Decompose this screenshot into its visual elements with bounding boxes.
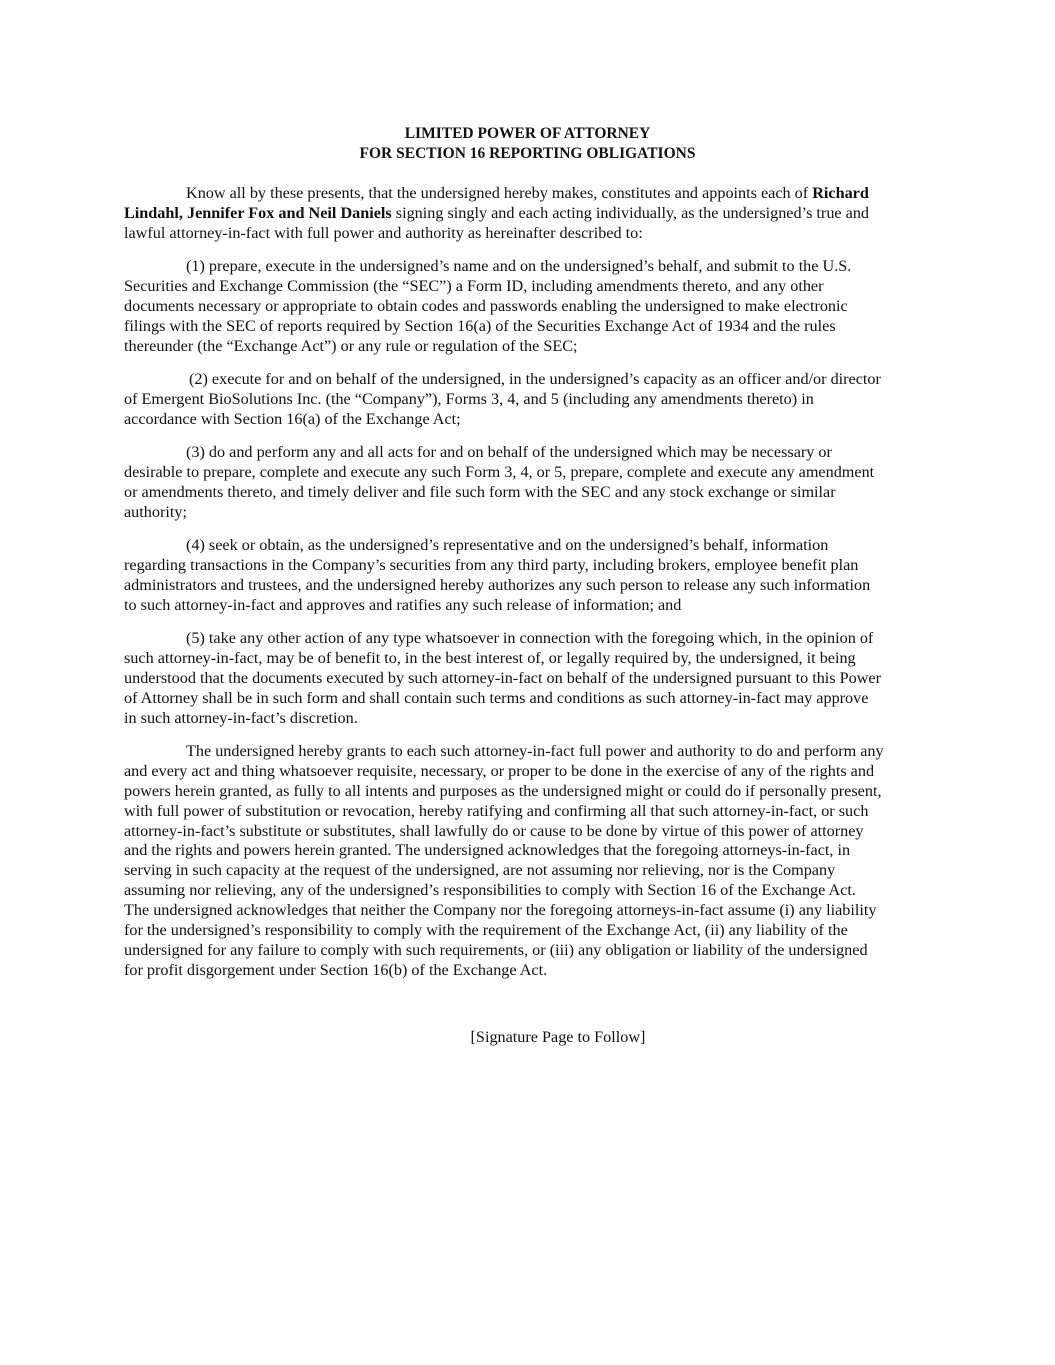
grant-line: The undersigned acknowledges that neithe…: [124, 901, 974, 921]
clause-line: authority;: [124, 503, 974, 523]
clause-4: (4) seek or obtain, as the undersigned’s…: [124, 536, 974, 616]
clause-line: desirable to prepare, complete and execu…: [124, 463, 974, 483]
intro-line: Know all by these presents, that the und…: [124, 184, 974, 204]
title-line-1: LIMITED POWER OF ATTORNEY: [0, 124, 1055, 144]
clause-line: Securities and Exchange Commission (the …: [124, 277, 974, 297]
clause-5: (5) take any other action of any type wh…: [124, 629, 974, 728]
clause-line: (5) take any other action of any type wh…: [124, 629, 974, 649]
grant-line: and the rights and powers herein granted…: [124, 841, 974, 861]
grant-line: with full power of substitution or revoc…: [124, 802, 974, 822]
grant-line: attorney-in-fact’s substitute or substit…: [124, 822, 974, 842]
clause-line: of Emergent BioSolutions Inc. (the “Comp…: [124, 390, 974, 410]
clause-line: (3) do and perform any and all acts for …: [124, 443, 974, 463]
clause-1: (1) prepare, execute in the undersigned’…: [124, 257, 974, 356]
grant-paragraph: The undersigned hereby grants to each su…: [124, 742, 974, 981]
signature-page-note: [Signature Page to Follow]: [0, 1027, 1055, 1047]
clause-3: (3) do and perform any and all acts for …: [124, 443, 974, 523]
clause-line: or amendments thereto, and timely delive…: [124, 483, 974, 503]
clause-line: (4) seek or obtain, as the undersigned’s…: [124, 536, 974, 556]
document-title: LIMITED POWER OF ATTORNEY FOR SECTION 16…: [0, 124, 1055, 164]
intro-paragraph: Know all by these presents, that the und…: [124, 184, 974, 244]
grant-line: and every act and thing whatsoever requi…: [124, 762, 974, 782]
grant-line: assuming nor relieving, any of the under…: [124, 881, 974, 901]
clause-line: to such attorney-in-fact and approves an…: [124, 596, 974, 616]
grant-line: The undersigned hereby grants to each su…: [124, 742, 974, 762]
attorney-names: Lindahl, Jennifer Fox and Neil Daniels: [124, 204, 392, 222]
clause-line: filings with the SEC of reports required…: [124, 317, 974, 337]
grant-line: powers herein granted, as fully to all i…: [124, 782, 974, 802]
clause-2: (2) execute for and on behalf of the und…: [124, 370, 974, 430]
clause-line: thereunder (the “Exchange Act”) or any r…: [124, 337, 974, 357]
clause-line: understood that the documents executed b…: [124, 669, 974, 689]
clause-line: in such attorney-in-fact’s discretion.: [124, 709, 974, 729]
clause-line: (1) prepare, execute in the undersigned’…: [124, 257, 974, 277]
grant-line: undersigned for any failure to comply wi…: [124, 941, 974, 961]
grant-line: serving in such capacity at the request …: [124, 861, 974, 881]
grant-line: for the undersigned’s responsibility to …: [124, 921, 974, 941]
title-line-2: FOR SECTION 16 REPORTING OBLIGATIONS: [0, 144, 1055, 164]
grant-line: for profit disgorgement under Section 16…: [124, 961, 974, 981]
attorney-names: Richard: [812, 184, 869, 202]
clause-line: of Attorney shall be in such form and sh…: [124, 689, 974, 709]
clause-line: such attorney-in-fact, may be of benefit…: [124, 649, 974, 669]
intro-text: signing singly and each acting individua…: [392, 204, 869, 222]
clause-line: regarding transactions in the Company’s …: [124, 556, 974, 576]
clause-line: documents necessary or appropriate to ob…: [124, 297, 974, 317]
intro-line: lawful attorney-in-fact with full power …: [124, 224, 974, 244]
clause-line: accordance with Section 16(a) of the Exc…: [124, 410, 974, 430]
intro-text: Know all by these presents, that the und…: [186, 184, 812, 202]
intro-line: Lindahl, Jennifer Fox and Neil Daniels s…: [124, 204, 974, 224]
clause-line: (2) execute for and on behalf of the und…: [124, 370, 974, 390]
clause-line: administrators and trustees, and the und…: [124, 576, 974, 596]
